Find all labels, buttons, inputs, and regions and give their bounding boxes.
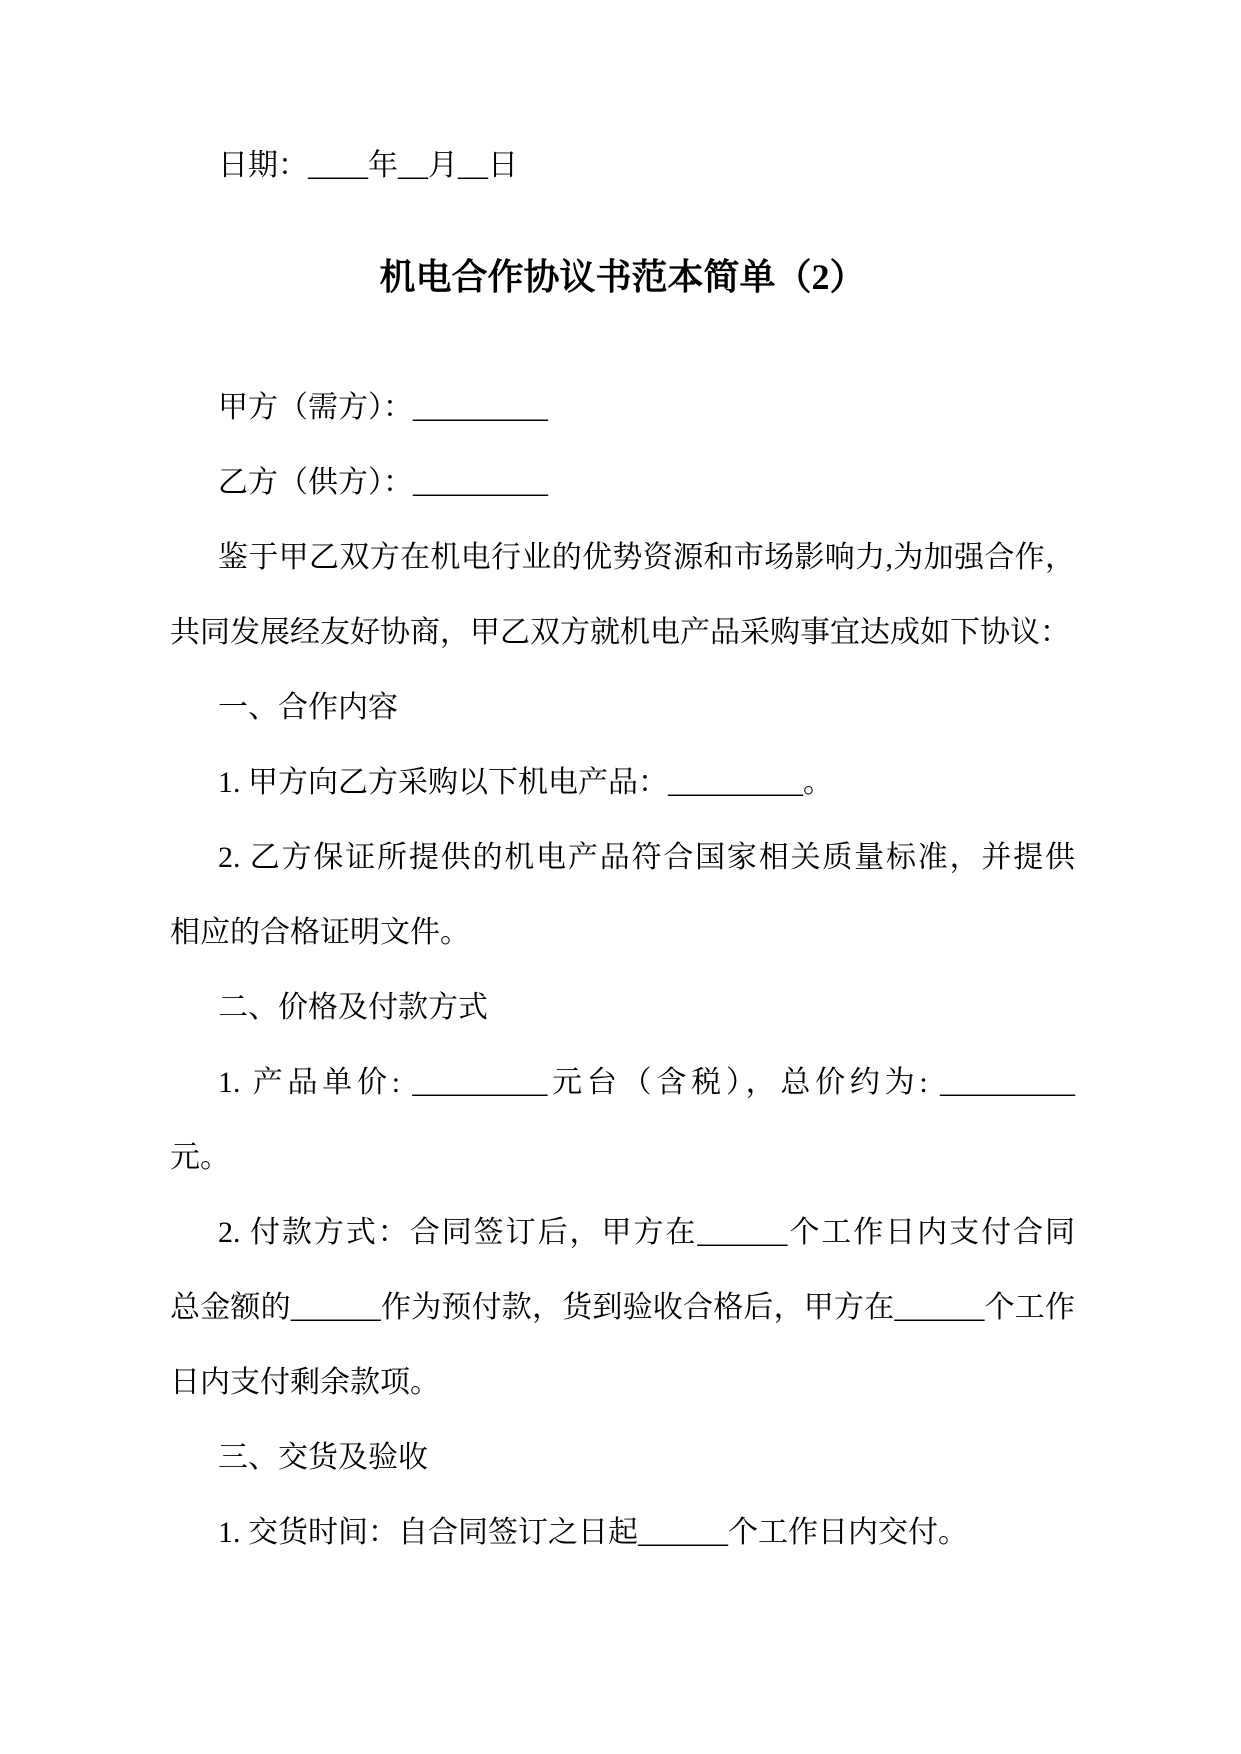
section-2-heading: 二、价格及付款方式 <box>170 970 1075 1045</box>
party-a-line: 甲方（需方）：_________ <box>170 370 1075 445</box>
document-page: 日期：____年__月__日 机电合作协议书范本简单（2） 甲方（需方）：___… <box>0 0 1241 1754</box>
section-3-item-1: 1. 交货时间：自合同签订之日起______个工作日内交付。 <box>170 1495 1075 1570</box>
section-2-item-1-line-2: 元。 <box>170 1120 1075 1195</box>
section-2-item-2-line-1: 2. 付款方式：合同签订后，甲方在______个工作日内支付合同 <box>170 1195 1075 1270</box>
preamble-line-2: 共同发展经友好协商，甲乙双方就机电产品采购事宜达成如下协议： <box>170 595 1075 670</box>
section-1-item-2-line-1: 2. 乙方保证所提供的机电产品符合国家相关质量标准，并提供 <box>170 820 1075 895</box>
section-2-item-2-line-3: 日内支付剩余款项。 <box>170 1345 1075 1420</box>
section-1-heading: 一、合作内容 <box>170 670 1075 745</box>
preamble-line-1: 鉴于甲乙双方在机电行业的优势资源和市场影响力,为加强合作， <box>170 520 1075 595</box>
section-1-item-2-line-2: 相应的合格证明文件。 <box>170 895 1075 970</box>
section-1-item-1: 1. 甲方向乙方采购以下机电产品：_________。 <box>170 745 1075 820</box>
section-2-item-1-line-1: 1. 产品单价: _________元台（含税），总价约为: _________ <box>170 1045 1075 1120</box>
document-title: 机电合作协议书范本简单（2） <box>170 240 1075 315</box>
section-3-heading: 三、交货及验收 <box>170 1420 1075 1495</box>
section-2-item-2-line-2: 总金额的______作为预付款，货到验收合格后，甲方在______个工作 <box>170 1270 1075 1345</box>
date-line: 日期：____年__月__日 <box>170 128 1075 203</box>
party-b-line: 乙方（供方）：_________ <box>170 445 1075 520</box>
